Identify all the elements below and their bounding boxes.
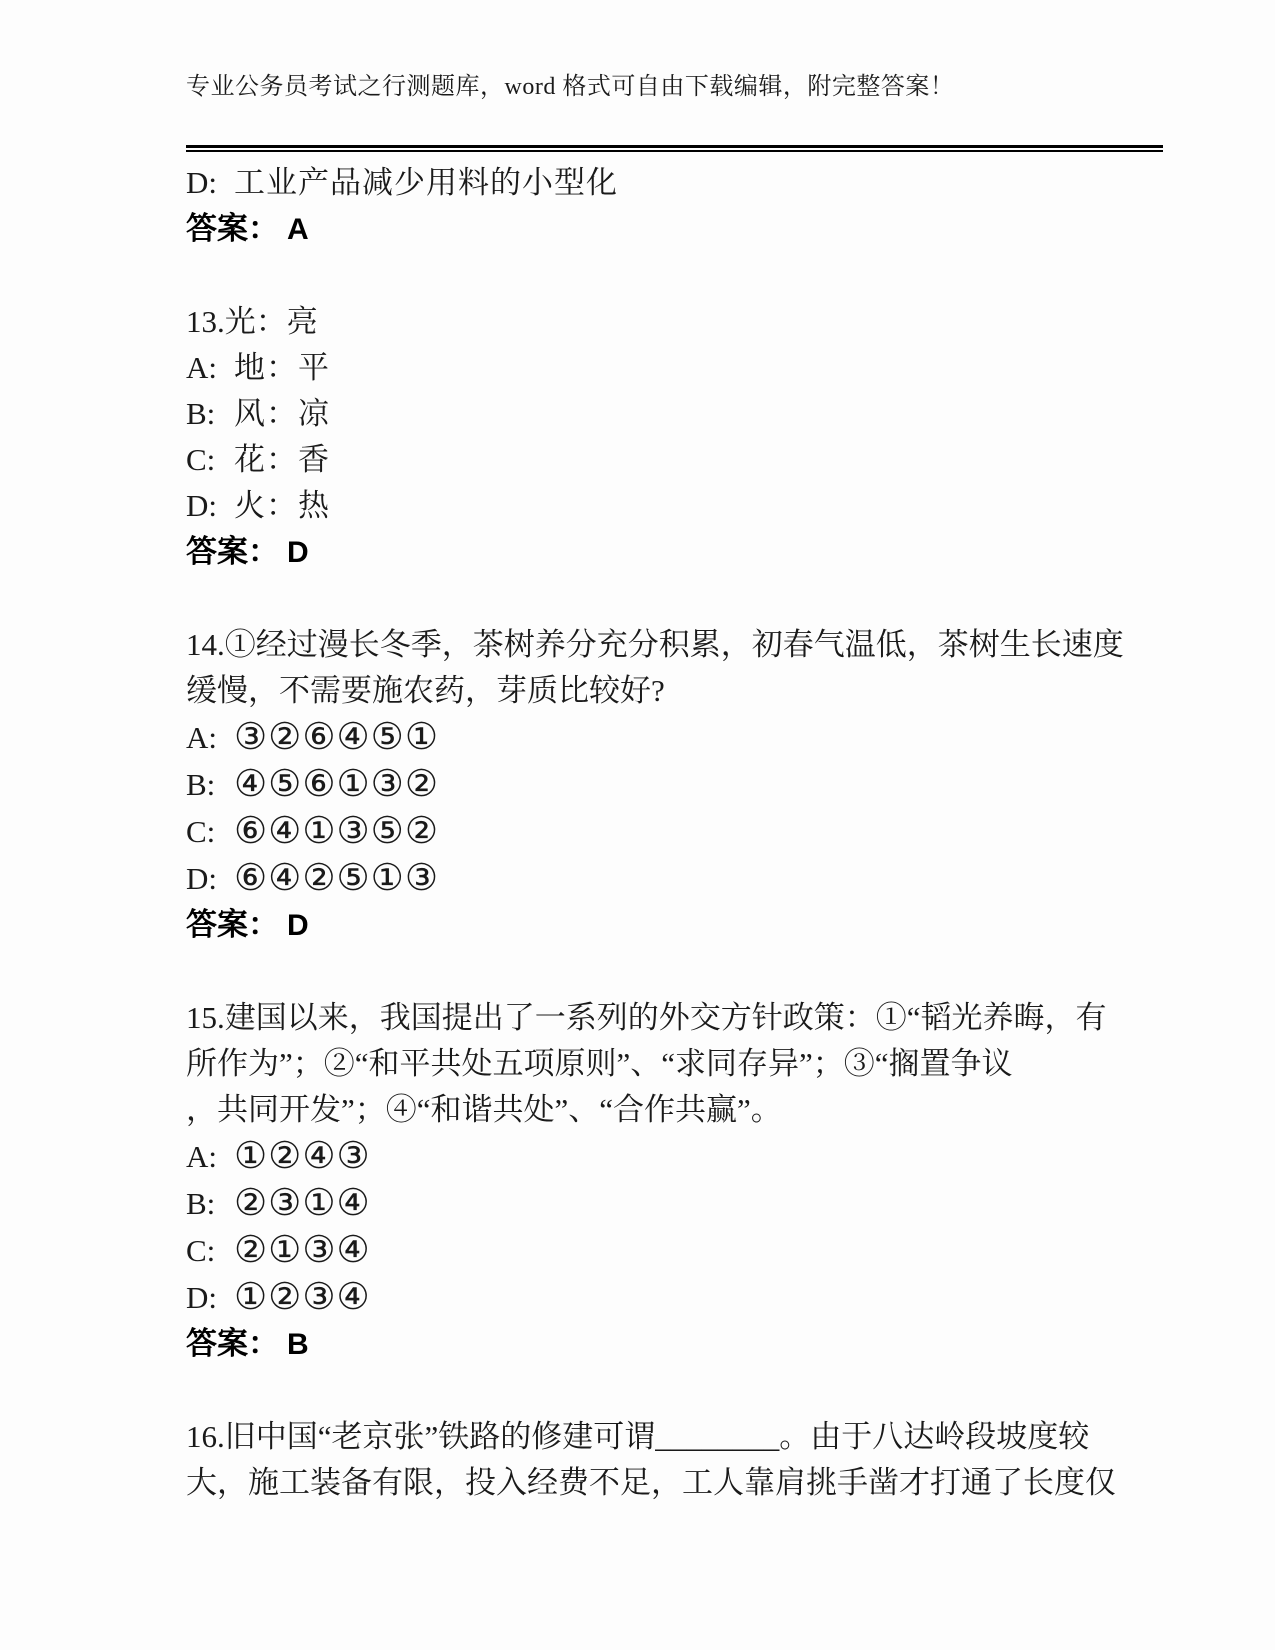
option-line: D:火：热 [186,483,1166,529]
question-stem-line: 大，施工装备有限，投入经费不足，工人靠肩挑手凿才打通了长度仅 [186,1460,1166,1506]
option-label: D: [186,160,234,206]
question-stem-line: ，共同开发”；④“和谐共处”、“合作共赢”。 [186,1087,1166,1133]
option-label: B: [186,1181,234,1227]
option-label: A: [186,1134,234,1180]
option-line: C:⑥④①③⑤② [186,808,1166,855]
option-text: ②①③④ [234,1230,371,1271]
document-body: D:工业产品减少用料的小型化 答案：A 13.光：亮 A:地：平 B:风：凉 C… [186,152,1166,1506]
answer-label: 答案： [186,211,279,246]
option-line: C:花：香 [186,437,1166,483]
option-text: ③②⑥④⑤① [234,717,439,758]
option-text: 风：凉 [234,396,330,431]
option-label: D: [186,1275,234,1321]
question-stem-line: 所作为”；②“和平共处五项原则”、“求同存异”；③“搁置争议 [186,1041,1166,1087]
question-13: 13.光：亮 A:地：平 B:风：凉 C:花：香 D:火：热 答案：D [186,299,1166,576]
question-stem-line: 14.①经过漫长冬季，茶树养分充分积累，初春气温低，茶树生长速度 [186,622,1166,668]
page-content: 专业公务员考试之行测题库，word 格式可自由下载编辑，附完整答案！ D:工业产… [0,0,1166,1506]
option-text: 地：平 [234,350,330,385]
option-label: C: [186,437,234,483]
option-label: C: [186,809,234,855]
option-label: A: [186,345,234,391]
question-stem-line: 16.旧中国“老京张”铁路的修建可谓________。由于八达岭段坡度较 [186,1414,1166,1460]
answer-value: B [287,1328,309,1361]
document-page: 专业公务员考试之行测题库，word 格式可自由下载编辑，附完整答案！ D:工业产… [0,0,1275,1650]
answer-label: 答案： [186,534,279,569]
option-line: A:①②④③ [186,1133,1166,1180]
header-disclaimer-text: 专业公务员考试之行测题库，word 格式可自由下载编辑，附完整答案！ [186,72,1166,102]
option-text: ①②④③ [234,1136,371,1177]
option-line: C:②①③④ [186,1227,1166,1274]
option-line: A:③②⑥④⑤① [186,714,1166,761]
option-label: C: [186,1228,234,1274]
option-text: ④⑤⑥①③② [234,764,439,805]
question-stem-line: 缓慢，不需要施农药，芽质比较好? [186,668,1166,714]
option-text: ⑥④②⑤①③ [234,858,439,899]
question-15: 15.建国以来，我国提出了一系列的外交方针政策：①“韬光养晦，有 所作为”；②“… [186,995,1166,1368]
option-line: B:④⑤⑥①③② [186,761,1166,808]
header-divider [186,145,1163,152]
answer-line: 答案：A [186,206,1166,253]
answer-line: 答案：B [186,1321,1166,1368]
question-stem: 13.光：亮 [186,299,1166,345]
answer-line: 答案：D [186,902,1166,949]
option-line: A:地：平 [186,345,1166,391]
answer-label: 答案： [186,1326,279,1361]
answer-value: D [287,536,309,569]
answer-label: 答案： [186,907,279,942]
answer-value: A [287,213,309,246]
question-16-fragment: 16.旧中国“老京张”铁路的修建可谓________。由于八达岭段坡度较 大，施… [186,1414,1166,1506]
option-line: B:风：凉 [186,391,1166,437]
option-label: D: [186,483,234,529]
question-14: 14.①经过漫长冬季，茶树养分充分积累，初春气温低，茶树生长速度 缓慢，不需要施… [186,622,1166,949]
option-line: B:②③①④ [186,1180,1166,1227]
option-text: ①②③④ [234,1277,371,1318]
option-text: 花：香 [234,442,330,477]
page-header: 专业公务员考试之行测题库，word 格式可自由下载编辑，附完整答案！ [186,72,1166,152]
option-label: B: [186,762,234,808]
question-stem-line: 15.建国以来，我国提出了一系列的外交方针政策：①“韬光养晦，有 [186,995,1166,1041]
option-line: D:①②③④ [186,1274,1166,1321]
option-text: 工业产品减少用料的小型化 [234,165,618,200]
option-label: A: [186,715,234,761]
option-label: D: [186,856,234,902]
option-line: D:工业产品减少用料的小型化 [186,160,1166,206]
option-text: 火：热 [234,488,330,523]
option-text: ②③①④ [234,1183,371,1224]
answer-line: 答案：D [186,529,1166,576]
option-text: ⑥④①③⑤② [234,811,439,852]
option-label: B: [186,391,234,437]
option-line: D:⑥④②⑤①③ [186,855,1166,902]
question-12-fragment: D:工业产品减少用料的小型化 答案：A [186,160,1166,253]
answer-value: D [287,909,309,942]
